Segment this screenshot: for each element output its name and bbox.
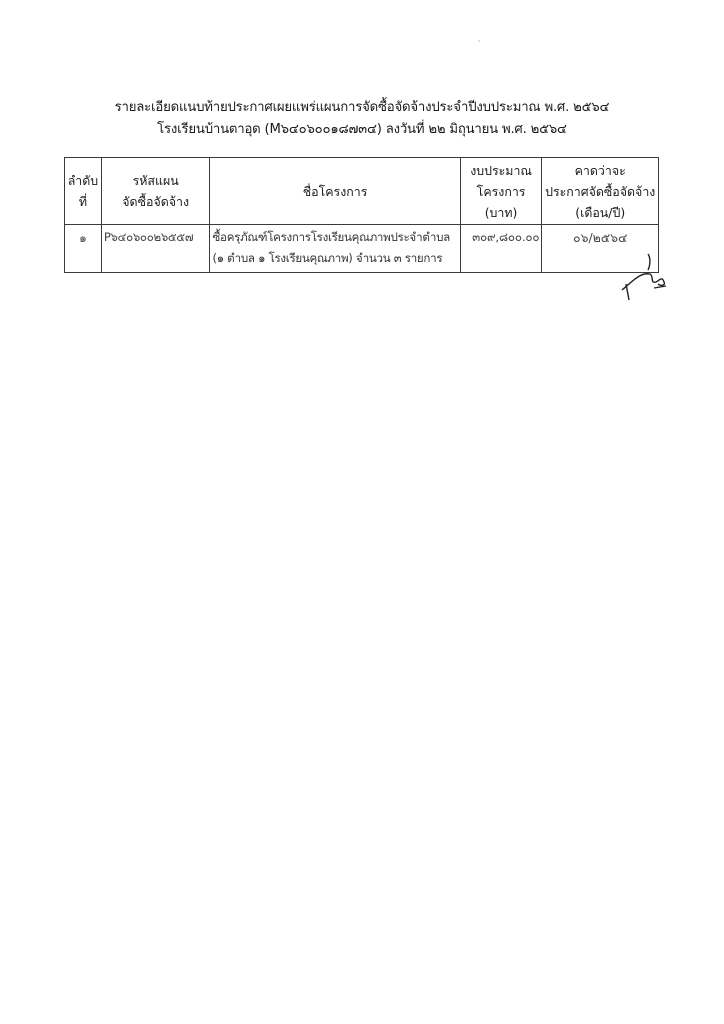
header-project-name: ชื่อโครงการ [210, 158, 460, 225]
cell-seq: ๑ [65, 225, 102, 273]
table-header-row: ลำดับ ที่ รหัสแผน จัดซื้อจัดจ้าง ชื่อโคร… [65, 158, 659, 225]
header-budget-line1: งบประมาณ [461, 160, 542, 181]
header-expected-line1: คาดว่าจะ [542, 160, 658, 181]
header-expected-line2: ประกาศจัดซื้อจัดจ้าง [542, 181, 658, 202]
project-name-line1: ซื้อครุภัณฑ์โครงการโรงเรียนคุณภาพประจำตำ… [212, 227, 459, 248]
header-budget-line3: (บาท) [461, 202, 542, 223]
header-seq-line2: ที่ [65, 191, 101, 212]
header-seq-line1: ลำดับ [65, 170, 101, 191]
procurement-plan-table: ลำดับ ที่ รหัสแผน จัดซื้อจัดจ้าง ชื่อโคร… [64, 157, 659, 273]
cell-budget: ๓๐๙,๘๐๐.๐๐ [460, 225, 542, 273]
document-title-line2: โรงเรียนบ้านตาอุด (M๖๔๐๖๐๐๑๘๗๓๔) ลงวันที… [0, 118, 724, 139]
header-expected-line3: (เดือน/ปี) [542, 202, 658, 223]
header-project-name-line1: ชื่อโครงการ [210, 181, 459, 202]
header-budget: งบประมาณ โครงการ (บาท) [460, 158, 542, 225]
cell-project-name: ซื้อครุภัณฑ์โครงการโรงเรียนคุณภาพประจำตำ… [210, 225, 460, 273]
header-budget-line2: โครงการ [461, 181, 542, 202]
table-row: ๑ P๖๔๐๖๐๐๒๖๕๕๗ ซื้อครุภัณฑ์โครงการโรงเรี… [65, 225, 659, 273]
handwritten-signature-icon [620, 252, 680, 302]
header-plan-code-line2: จัดซื้อจัดจ้าง [102, 191, 210, 212]
document-title-line1: รายละเอียดแนบท้ายประกาศเผยแพร่แผนการจัดซ… [0, 96, 724, 117]
project-name-line2: (๑ ตำบล ๑ โรงเรียนคุณภาพ) จำนวน ๓ รายการ [212, 248, 459, 269]
header-plan-code-line1: รหัสแผน [102, 170, 210, 191]
scan-speck [478, 40, 480, 42]
header-plan-code: รหัสแผน จัดซื้อจัดจ้าง [101, 158, 210, 225]
header-expected-date: คาดว่าจะ ประกาศจัดซื้อจัดจ้าง (เดือน/ปี) [542, 158, 659, 225]
header-seq: ลำดับ ที่ [65, 158, 102, 225]
cell-plan-code: P๖๔๐๖๐๐๒๖๕๕๗ [101, 225, 210, 273]
